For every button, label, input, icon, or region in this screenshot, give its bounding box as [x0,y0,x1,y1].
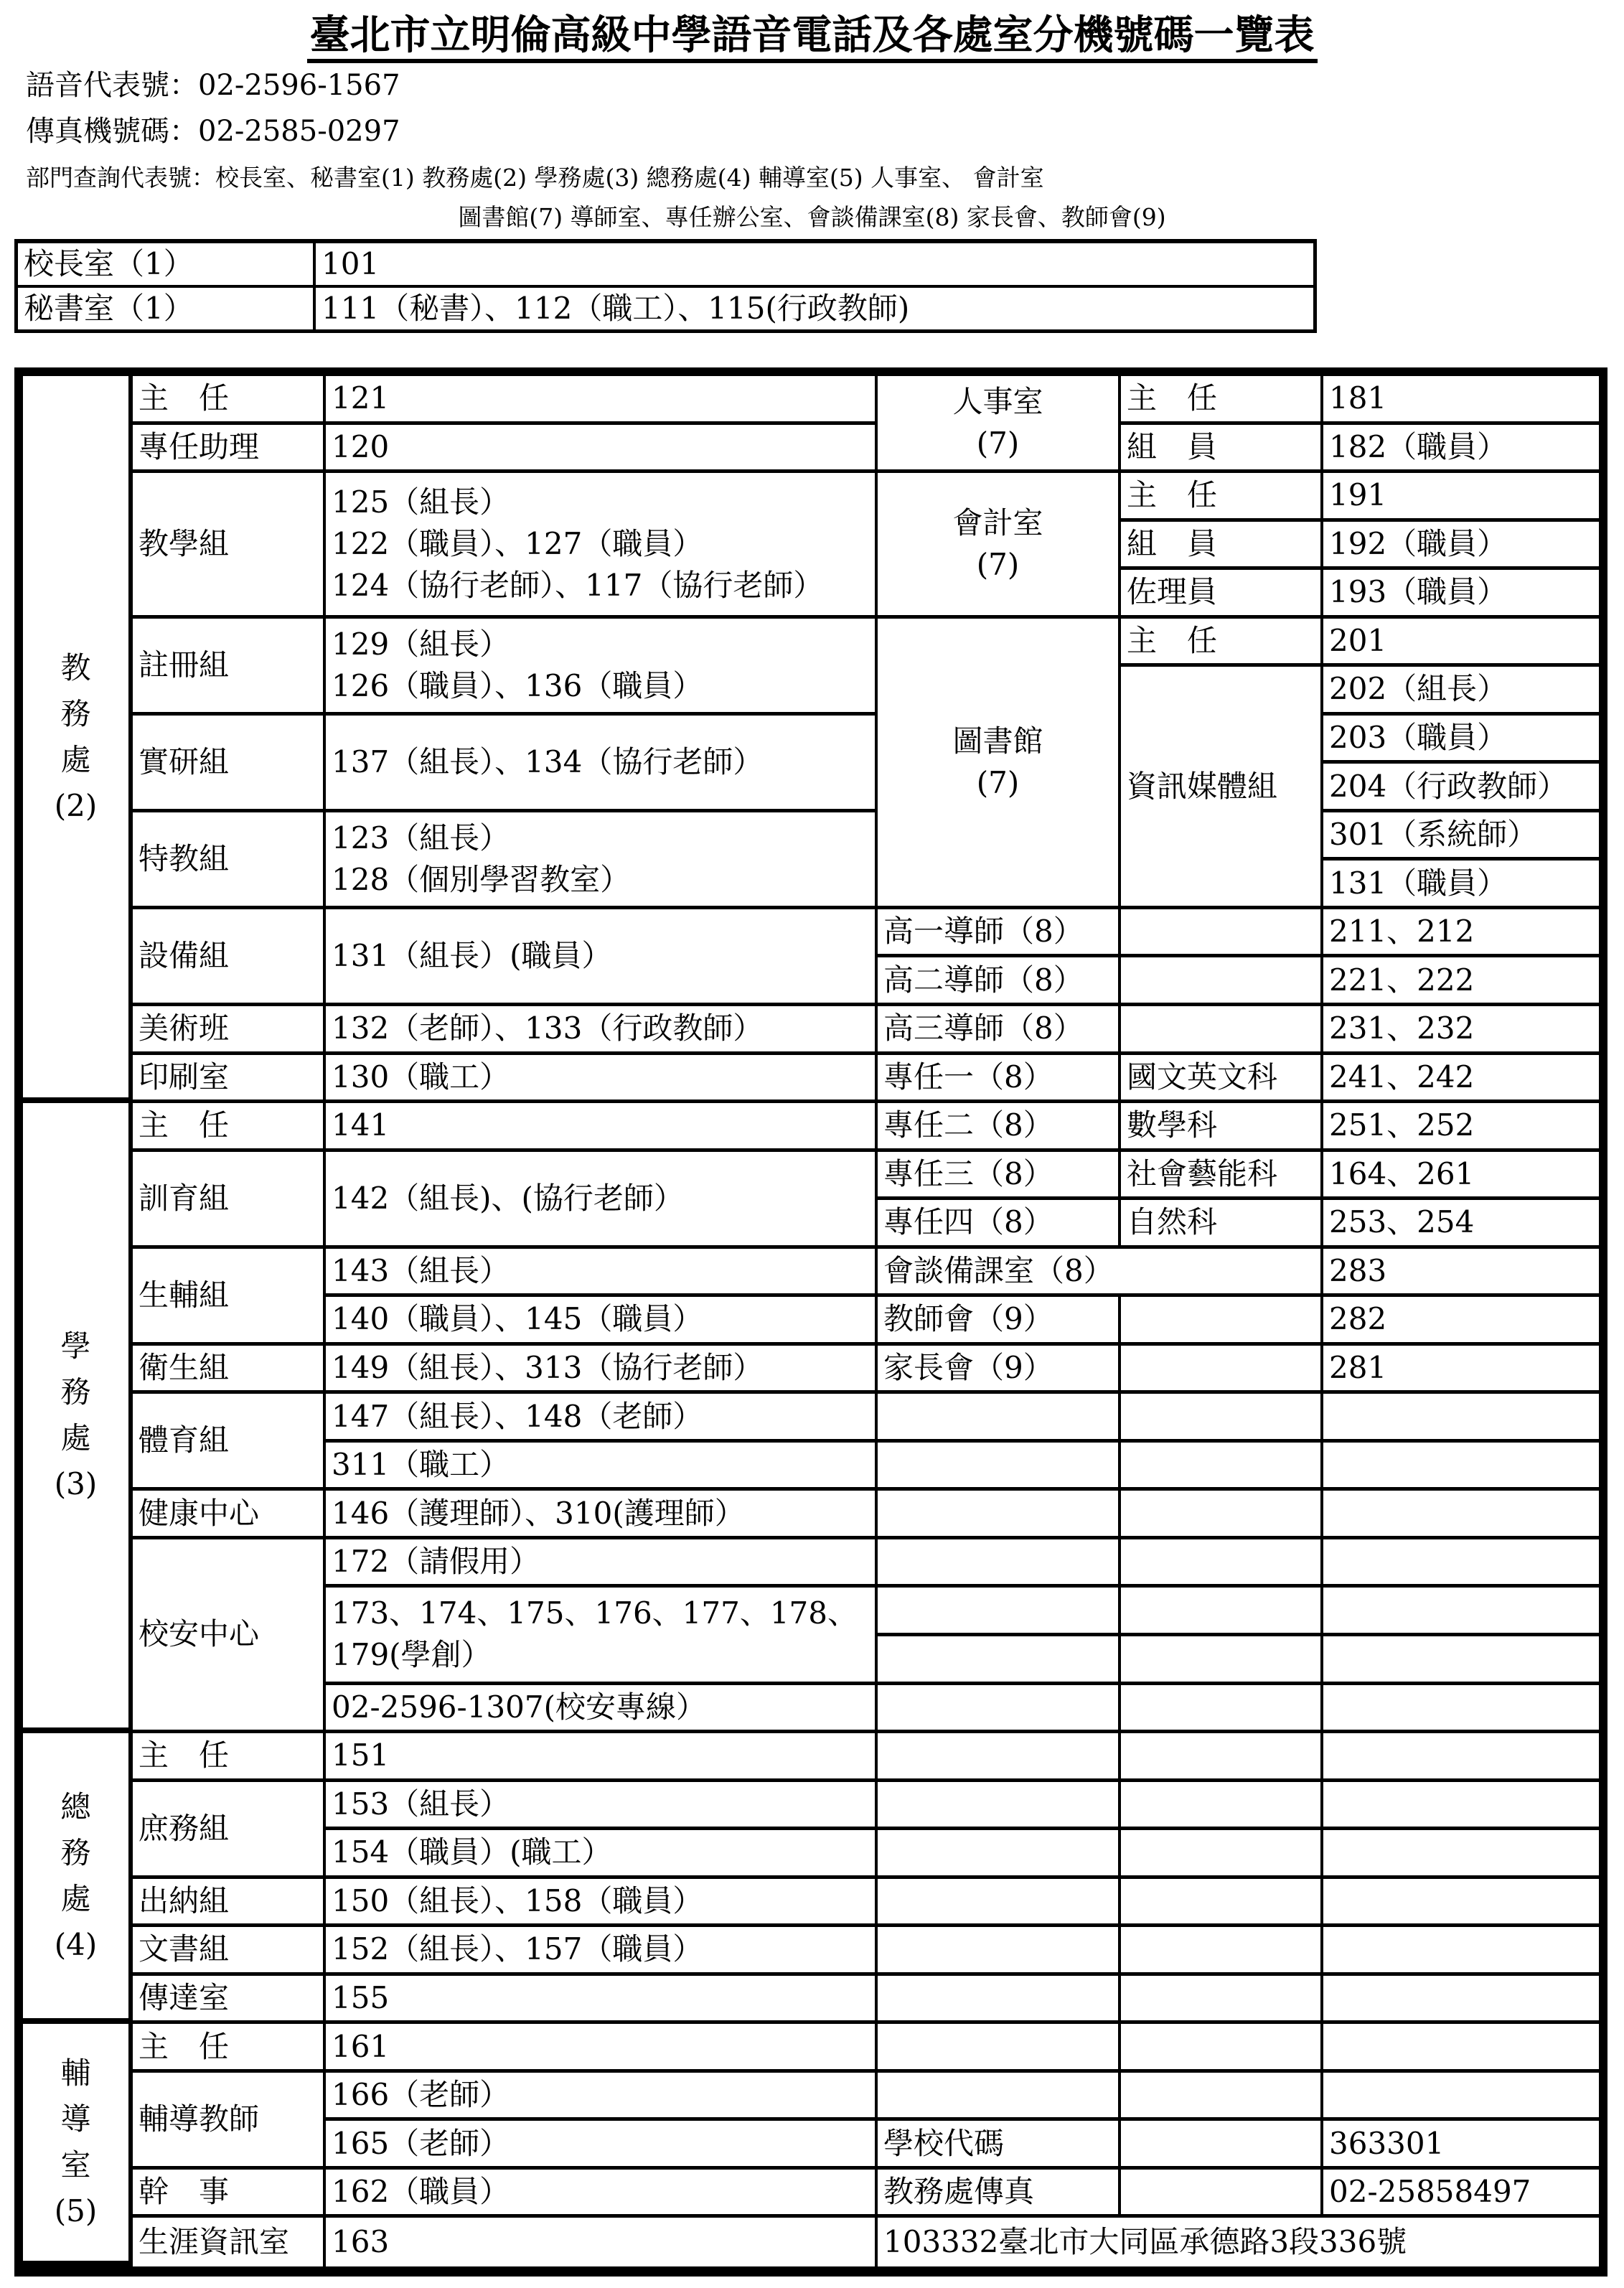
group-name: 健康中心 [133,1491,326,1539]
office-accounting-text: 會計室 [952,502,1043,544]
extension-text: 125（組長） [332,482,869,523]
empty-cell [1323,1394,1599,1443]
meeting-room: 會談備課室（8） [878,1249,1323,1298]
group-name-text: 訓育組 [139,1178,317,1219]
school-code-label: 學校代碼 [878,2121,1121,2170]
association-name: 教師會（9） [878,1297,1121,1346]
group-name-text: 幹 事 [139,2171,317,2213]
extension: 301（系統師） [1323,812,1599,861]
subject-name-text: 自然科 [1127,1201,1315,1243]
role-name: 組 員 [1121,522,1323,571]
group-name: 設備組 [133,909,326,1006]
empty-cell [1121,2170,1323,2218]
group-name: 文書組 [133,1927,326,1976]
extension-text: 204（行政教師） [1329,766,1593,807]
extension: 142（組長)、(協行老師） [326,1152,878,1249]
extension: 173、174、175、176、177、178、179(學創） [326,1588,878,1684]
subject-name-text: 數學科 [1127,1105,1315,1146]
extension: 311（職工） [326,1443,878,1491]
subject-name: 自然科 [1121,1200,1323,1249]
extension: 162（職員） [326,2170,878,2218]
empty-cell [1323,1830,1599,1879]
extension: 165（老師） [326,2121,878,2170]
extension-text: 122（職員）、127（職員） [332,523,869,565]
association-name-text: 家長會（9） [883,1347,1112,1389]
empty-cell [878,1588,1121,1636]
subject-name: 數學科 [1121,1103,1323,1152]
group-name: 主 任 [133,1733,326,1782]
empty-cell [1121,1927,1323,1976]
teacher-office-text: 專任一（8） [883,1056,1112,1098]
group-name-text: 衛生組 [139,1347,317,1389]
extension-text: 121 [332,378,869,419]
department-name: 輔導室(5) [23,2024,133,2266]
group-name-text: 庶務組 [139,1808,317,1849]
extension-text: 142（組長)、(協行老師） [332,1178,869,1219]
extension-text: 141 [332,1105,869,1146]
empty-cell [878,1927,1121,1976]
extension: 201 [1323,619,1599,667]
extension-text: 150（組長）、158（職員） [332,1880,869,1922]
group-name-text: 主 任 [139,2026,317,2068]
extension-text: 164、261 [1329,1153,1593,1195]
department-name: 學務處(3) [23,1103,133,1733]
group-name-text: 美術班 [139,1008,317,1049]
table-row: 秘書室（1） 111（秘書）、112（職工）、115(行政教師) [17,286,1315,332]
academic-fax-value-text: 02-25858497 [1329,2171,1593,2213]
extension-text: 192（職員） [1329,523,1593,565]
extension-text: 137（組長）、134（協行老師） [332,741,869,783]
extension-text: 132（老師）、133（行政教師） [332,1008,869,1049]
empty-cell [1323,1782,1599,1831]
group-name: 生輔組 [133,1249,326,1346]
group-name-text: 傳達室 [139,1977,317,2019]
extension-text: 124（協行老師）、117（協行老師） [332,565,869,606]
extension: 221、222 [1323,957,1599,1006]
extension: 153（組長） [326,1782,878,1831]
school-address: 103332臺北市大同區承德路3段336號 [878,2218,1599,2266]
group-name-text: 體育組 [139,1420,317,1461]
empty-cell [1323,1733,1599,1782]
extension-text: 221、222 [1329,960,1593,1001]
teacher-office: 高二導師（8） [878,957,1121,1006]
extension-text: 123（組長） [332,817,869,859]
extension: 154（職員）(職工） [326,1830,878,1879]
group-name: 主 任 [133,376,326,425]
empty-cell [1121,1879,1323,1928]
role-name: 主 任 [1121,473,1323,522]
extension-text: 241、242 [1329,1056,1593,1098]
group-name-text: 生輔組 [139,1275,317,1316]
extension-text: 251、252 [1329,1105,1593,1146]
empty-cell [1121,1636,1323,1685]
teacher-office-text: 專任三（8） [883,1153,1112,1195]
department-name-text: (5) [55,2188,98,2234]
extension: 182（職員） [1323,425,1599,474]
empty-cell [1121,1782,1323,1831]
extension-text: 182（職員） [1329,426,1593,468]
role-name: 資訊媒體組 [1121,667,1323,909]
empty-cell [1121,2024,1323,2073]
extension-text: 152（組長）、157（職員） [332,1928,869,1970]
extension: 155 [326,1976,878,2025]
role-name-text: 組 員 [1127,523,1315,565]
academic-fax-label-text: 教務處傳真 [883,2171,1112,2213]
empty-cell [878,1782,1121,1831]
role-name: 組 員 [1121,425,1323,474]
empty-cell [878,1685,1121,1734]
department-name: 總務處(4) [23,1733,133,2024]
group-name: 出納組 [133,1879,326,1928]
extension: 143（組長） [326,1249,878,1298]
empty-cell [878,1733,1121,1782]
group-name: 幹 事 [133,2170,326,2218]
extension-text: 143（組長） [332,1250,869,1292]
office-library-text: 圖書館 [952,721,1043,762]
extension: 204（行政教師） [1323,764,1599,812]
extension: 202（組長） [1323,667,1599,716]
office-library-text: (7) [977,762,1020,804]
extension: 101 [314,241,1315,286]
extension-text: 120 [332,426,869,468]
empty-cell [1323,1927,1599,1976]
empty-cell [1323,1636,1599,1685]
group-name: 主 任 [133,2024,326,2073]
extension-text: 201 [1329,620,1593,662]
extension-text: 154（職員）(職工） [332,1832,869,1873]
extension: 150（組長）、158（職員） [326,1879,878,1928]
group-name-text: 主 任 [139,1105,317,1146]
office-personnel-text: (7) [977,423,1020,464]
dept-codes-line1: 部門查詢代表號：校長室、秘書室(1) 教務處(2) 學務處(3) 總務處(4) … [26,160,1044,196]
teacher-office: 專任四（8） [878,1200,1121,1249]
extension: 146（護理師）、310(護理師） [326,1491,878,1539]
empty-cell [1121,1491,1323,1539]
empty-cell [1323,2073,1599,2121]
department-name-text: 總 [60,1784,90,1830]
department-name-text: 室 [60,2142,90,2188]
association-name-text: 教師會（9） [883,1298,1112,1340]
extension: 282 [1323,1297,1599,1346]
department-name: 教務處(2) [23,376,133,1103]
extension-text: 128（個別學習教室） [332,859,869,901]
extension-text: 131（職員） [1329,863,1593,904]
extension: 121 [326,376,878,425]
empty-cell [1121,1443,1323,1491]
subject-name [1121,909,1323,958]
dept-codes-line2: 圖書館(7) 導師室、專任辦公室、會談備課室(8) 家長會、教師會(9) [0,200,1624,235]
department-name-text: 處 [60,1876,90,1922]
extension-text: 149（組長）、313（協行老師） [332,1347,869,1389]
department-name-text: 處 [60,737,90,783]
department-name-text: 輔 [60,2050,90,2096]
extension-text: 253、254 [1329,1201,1593,1243]
extension: 191 [1323,473,1599,522]
group-name: 專任助理 [133,425,326,474]
role-name: 佐理員 [1121,570,1323,619]
school-address-text: 103332臺北市大同區承德路3段336號 [883,2221,1593,2263]
extension-text: 282 [1329,1298,1593,1340]
office-personnel-text: 人事室 [952,381,1043,423]
extension: 192（職員） [1323,522,1599,571]
extension: 141 [326,1103,878,1152]
group-name-text: 實研組 [139,741,317,783]
group-name: 印刷室 [133,1055,326,1104]
group-name-text: 專任助理 [139,426,317,468]
extension: 129（組長）126（職員）、136（職員） [326,619,878,716]
extension: 120 [326,425,878,474]
extension: 166（老師） [326,2073,878,2121]
extension: 253、254 [1323,1200,1599,1249]
group-name-text: 輔導教師 [139,2099,317,2140]
group-name-text: 文書組 [139,1928,317,1970]
extension-text: 162（職員） [332,2171,869,2213]
subject-name [1121,957,1323,1006]
teacher-office-text: 專任二（8） [883,1105,1112,1146]
role-name-text: 佐理員 [1127,571,1315,613]
extension-text: 161 [332,2026,869,2068]
empty-cell [1121,1346,1323,1394]
empty-cell [878,1976,1121,2025]
teacher-office: 專任一（8） [878,1055,1121,1104]
group-name-text: 印刷室 [139,1056,317,1098]
empty-cell [1121,1733,1323,1782]
group-name-text: 註冊組 [139,644,317,686]
empty-cell [878,1443,1121,1491]
department-name-text: 務 [60,691,90,737]
teacher-office-text: 高三導師（8） [883,1008,1112,1049]
teacher-office: 專任三（8） [878,1152,1121,1201]
office-label: 校長室（1） [17,241,315,286]
extension-text: 211、212 [1329,911,1593,952]
empty-cell [1121,2073,1323,2121]
subject-name: 國文英文科 [1121,1055,1323,1104]
teacher-office: 高三導師（8） [878,1006,1121,1055]
group-name: 特教組 [133,812,326,909]
empty-cell [1323,1588,1599,1636]
extension: 123（組長）128（個別學習教室） [326,812,878,909]
school-code-value: 363301 [1323,2121,1599,2170]
extension: 111（秘書）、112（職工）、115(行政教師) [314,286,1315,332]
empty-cell [1121,1685,1323,1734]
extension-directory-table: 教務處(2)主 任121專任助理120教學組125（組長）122（職員）、127… [14,367,1607,2277]
fax-number: 傳真機號碼：02-2585-0297 [26,113,400,149]
principal-secretary-table: 校長室（1） 101 秘書室（1） 111（秘書）、112（職工）、115(行政… [14,239,1317,333]
extension: 251、252 [1323,1103,1599,1152]
role-name-text: 組 員 [1127,426,1315,468]
role-name-text: 主 任 [1127,474,1315,516]
extension: 147（組長）、148（老師） [326,1394,878,1443]
extension-text: 283 [1329,1250,1593,1292]
empty-cell [878,1830,1121,1879]
extension-text: 140（職員）、145（職員） [332,1298,869,1340]
department-name-text: 學 [60,1323,90,1369]
teacher-office-text: 專任四（8） [883,1201,1112,1243]
group-name-text: 健康中心 [139,1493,317,1534]
extension: 164、261 [1323,1152,1599,1201]
empty-cell [1121,1394,1323,1443]
extension-text: 179(學創） [332,1634,869,1676]
department-name-text: 教 [60,645,90,691]
extension: 02-2596-1307(校安專線） [326,1685,878,1734]
empty-cell [878,1636,1121,1685]
role-name: 主 任 [1121,376,1323,425]
department-name-text: (4) [55,1922,98,1968]
extension: 137（組長）、134（協行老師） [326,716,878,812]
group-name: 校安中心 [133,1539,326,1733]
teacher-office-text: 高二導師（8） [883,960,1112,1001]
role-name: 主 任 [1121,619,1323,667]
teacher-office-text: 高一導師（8） [883,911,1112,952]
extension-text: 231、232 [1329,1008,1593,1049]
empty-cell [878,1491,1121,1539]
page-title: 臺北市立明倫高級中學語音電話及各處室分機號碼一覽表 [0,10,1624,60]
department-name-text: (3) [55,1461,98,1507]
extension-text: 131（組長）(職員） [332,935,869,977]
extension: 163 [326,2218,878,2266]
extension: 131（組長）(職員） [326,909,878,1006]
subject-name: 社會藝能科 [1121,1152,1323,1201]
role-name-text: 主 任 [1127,620,1315,662]
department-name-text: 處 [60,1415,90,1461]
table-row: 校長室（1） 101 [17,241,1315,286]
group-name-text: 特教組 [139,838,317,880]
meeting-room-text: 會談備課室（8） [883,1250,1315,1292]
extension: 131（職員） [1323,861,1599,909]
group-name: 生涯資訊室 [133,2218,326,2266]
empty-cell [1121,1976,1323,2025]
teacher-office: 高一導師（8） [878,909,1121,958]
empty-cell [1323,2024,1599,2073]
extension: 211、212 [1323,909,1599,958]
extension-text: 153（組長） [332,1783,869,1825]
extension-text: 130（職工） [332,1056,869,1098]
extension-text: 172（請假用） [332,1541,869,1583]
extension-text: 165（老師） [332,2123,869,2165]
extension-text: 166（老師） [332,2074,869,2116]
office-label: 秘書室（1） [17,286,315,332]
extension-text: 311（職工） [332,1444,869,1486]
extension: 231、232 [1323,1006,1599,1055]
empty-cell [1323,1685,1599,1734]
extension-text: 202（組長） [1329,668,1593,710]
subject-name [1121,1006,1323,1055]
school-code-value-text: 363301 [1329,2123,1593,2165]
extension-text: 181 [1329,378,1593,419]
extension: 125（組長）122（職員）、127（職員）124（協行老師）、117（協行老師… [326,473,878,619]
empty-cell [1121,1539,1323,1588]
teacher-office: 專任二（8） [878,1103,1121,1152]
role-name-text: 資訊媒體組 [1127,766,1315,807]
group-name: 實研組 [133,716,326,812]
group-name-text: 主 任 [139,1735,317,1776]
extension-text: 147（組長）、148（老師） [332,1396,869,1438]
school-code-label-text: 學校代碼 [883,2123,1112,2165]
extension-text: 129（組長） [332,624,869,665]
extension-text: 173、174、175、176、177、178、 [332,1593,869,1634]
group-name-text: 主 任 [139,378,317,419]
group-name: 訓育組 [133,1152,326,1249]
extension: 151 [326,1733,878,1782]
empty-cell [878,2073,1121,2121]
extension-text: 146（護理師）、310(護理師） [332,1493,869,1534]
group-name: 體育組 [133,1394,326,1491]
extension: 140（職員）、145（職員） [326,1297,878,1346]
extension-text: 151 [332,1735,869,1776]
extension: 172（請假用） [326,1539,878,1588]
extension: 241、242 [1323,1055,1599,1104]
empty-cell [1323,1491,1599,1539]
extension-text: 155 [332,1977,869,2019]
academic-fax-value: 02-25858497 [1323,2170,1599,2218]
department-name-text: (2) [55,783,98,829]
empty-cell [878,1394,1121,1443]
voice-main-number: 語音代表號：02-2596-1567 [26,67,400,103]
extension: 161 [326,2024,878,2073]
department-name-text: 務 [60,1830,90,1876]
group-name-text: 出納組 [139,1880,317,1922]
empty-cell [1323,1879,1599,1928]
extension: 130（職工） [326,1055,878,1104]
office-library: 圖書館(7) [878,619,1121,909]
department-name-text: 務 [60,1369,90,1415]
extension-text: 191 [1329,474,1593,516]
extension-text: 163 [332,2221,869,2263]
group-name: 教學組 [133,473,326,619]
extension: 283 [1323,1249,1599,1298]
empty-cell [1323,1976,1599,2025]
extension-text: 301（系統師） [1329,814,1593,855]
extension-text: 281 [1329,1347,1593,1389]
group-name: 衛生組 [133,1346,326,1394]
group-name: 主 任 [133,1103,326,1152]
extension: 181 [1323,376,1599,425]
group-name-text: 校安中心 [139,1613,317,1655]
extension: 203（職員） [1323,716,1599,764]
extension-text: 02-2596-1307(校安專線） [332,1687,869,1728]
office-accounting-text: (7) [977,544,1020,586]
department-name-text: 導 [60,2096,90,2142]
subject-name-text: 社會藝能科 [1127,1153,1315,1195]
office-accounting: 會計室(7) [878,473,1121,619]
group-name-text: 教學組 [139,523,317,565]
empty-cell [1121,1297,1323,1346]
group-name: 庶務組 [133,1782,326,1879]
subject-name-text: 國文英文科 [1127,1056,1315,1098]
extension: 132（老師）、133（行政教師） [326,1006,878,1055]
extension-text: 203（職員） [1329,717,1593,759]
empty-cell [1323,1443,1599,1491]
group-name: 美術班 [133,1006,326,1055]
extension-text: 126（職員）、136（職員） [332,665,869,707]
empty-cell [878,2024,1121,2073]
group-name: 傳達室 [133,1976,326,2025]
extension: 193（職員） [1323,570,1599,619]
empty-cell [1323,1539,1599,1588]
academic-fax-label: 教務處傳真 [878,2170,1121,2218]
group-name-text: 設備組 [139,935,317,977]
group-name-text: 生涯資訊室 [139,2221,317,2263]
extension: 149（組長）、313（協行老師） [326,1346,878,1394]
empty-cell [1121,2121,1323,2170]
empty-cell [878,1539,1121,1588]
empty-cell [1121,1830,1323,1879]
extension: 281 [1323,1346,1599,1394]
association-name: 家長會（9） [878,1346,1121,1394]
group-name: 輔導教師 [133,2073,326,2170]
empty-cell [878,1879,1121,1928]
group-name: 註冊組 [133,619,326,716]
